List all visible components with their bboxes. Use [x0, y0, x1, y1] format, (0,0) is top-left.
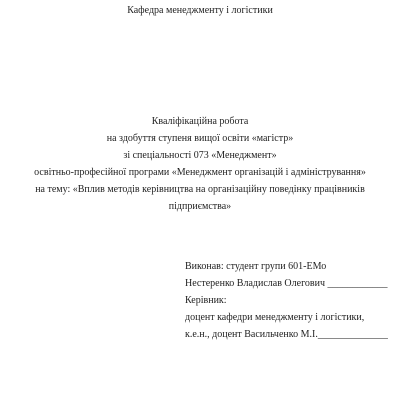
supervisor-position-line: доцент кафедри менеджменту і логістики, [185, 309, 385, 326]
student-name-line: Нестеренко Владислав Олегович __________… [185, 275, 385, 292]
degree-line: на здобуття ступеня вищої освіти «магіст… [0, 130, 400, 147]
topic-line: на тему: «Вплив методів керівництва на о… [0, 181, 400, 198]
supervisor-label-line: Керівник: [185, 292, 385, 309]
executor-line: Виконав: студент групи 601-ЕМо [185, 258, 385, 275]
thesis-title-block: Кваліфікаційна робота на здобуття ступен… [0, 113, 400, 215]
supervisor-name-line: к.е.н., доцент Васильченко М.І._________… [185, 326, 385, 343]
thesis-type-line: Кваліфікаційна робота [0, 113, 400, 130]
department-heading: Кафедра менеджменту і логістики [0, 4, 400, 18]
topic-continuation-line: підприємства» [0, 198, 400, 215]
program-line: освітньо-професійної програми «Менеджмен… [0, 164, 400, 181]
signature-block: Виконав: студент групи 601-ЕМо Нестеренк… [185, 258, 385, 343]
specialty-line: зі спеціальності 073 «Менеджмент» [0, 147, 400, 164]
document-page: Кафедра менеджменту і логістики Кваліфік… [0, 0, 400, 400]
